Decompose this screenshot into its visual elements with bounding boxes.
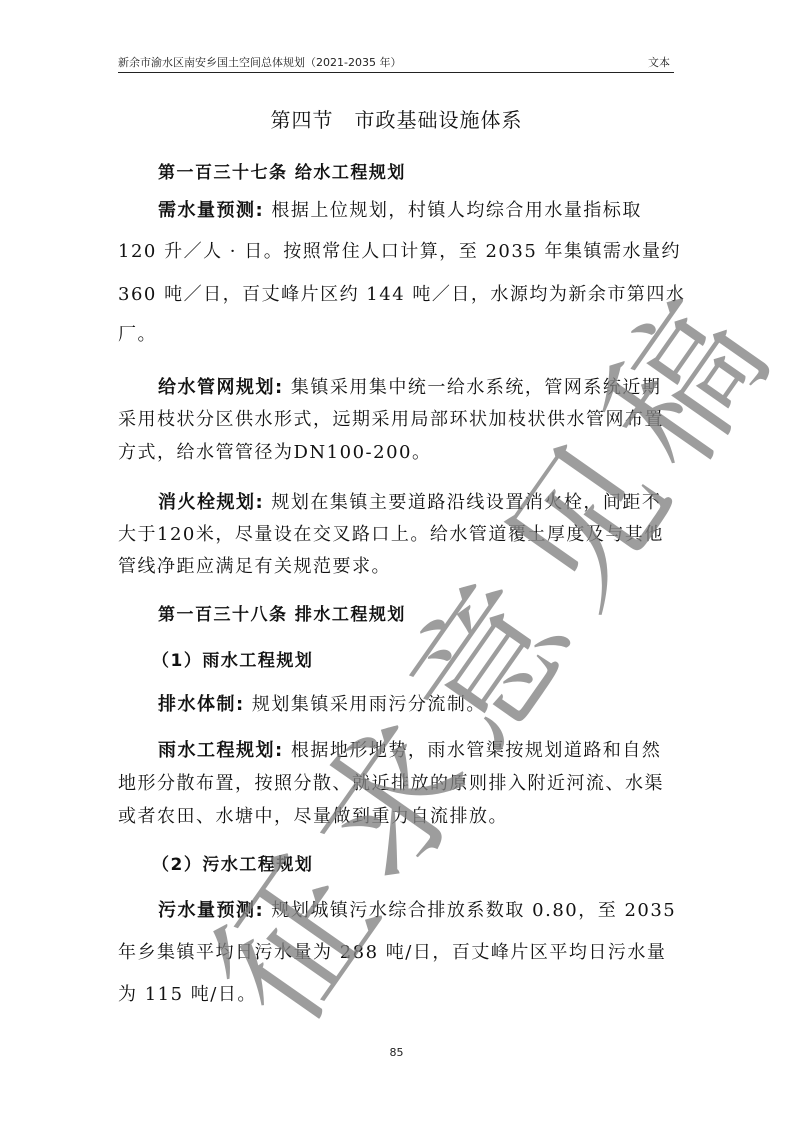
article-138-title: 第一百三十八条 排水工程规划: [158, 600, 714, 625]
sewage-line: 年乡集镇平均日污水量为 288 吨/日，百丈峰片区平均日污水量: [118, 938, 674, 964]
sewage-subheading: （2）污水工程规划: [152, 850, 708, 875]
water-demand-line: 120 升／人 · 日。按照常住人口计算，至 2035 年集镇需水量约: [118, 237, 674, 263]
rainwater-label: 雨水工程规划:: [158, 740, 284, 761]
water-demand-label: 需水量预测:: [158, 200, 264, 221]
article-137-title: 第一百三十七条 给水工程规划: [158, 158, 714, 183]
water-demand-paragraph: 需水量预测: 根据上位规划，村镇人均综合用水量指标取: [158, 196, 714, 222]
rainwater-paragraph: 雨水工程规划: 根据地形地势，雨水管渠按规划道路和自然: [158, 736, 714, 762]
water-network-paragraph: 给水管网规划: 集镇采用集中统一给水系统，管网系统近期: [158, 373, 714, 399]
sewage-label: 污水量预测:: [158, 900, 264, 921]
drainage-system-label: 排水体制:: [158, 694, 245, 715]
sewage-paragraph: 污水量预测: 规划城镇污水综合排放系数取 0.80，至 2035: [158, 896, 714, 922]
rainwater-line: 地形分散布置，按照分散、就近排放的原则排入附近河流、水渠: [118, 769, 674, 795]
water-demand-line: 厂。: [118, 320, 674, 346]
water-demand-line: 360 吨／日，百丈峰片区约 144 吨／日，水源均为新余市第四水: [118, 280, 674, 306]
water-network-label: 给水管网规划:: [158, 377, 284, 398]
document-title: 新余市渝水区南安乡国土空间总体规划（2021-2035 年）: [118, 54, 401, 70]
document-type: 文本: [648, 54, 670, 70]
hydrant-line: 管线净距应满足有关规范要求。: [118, 552, 674, 578]
sewage-line: 为 115 吨/日。: [118, 980, 674, 1006]
rainwater-subheading: （1）雨水工程规划: [152, 646, 708, 671]
water-network-line: 采用枝状分区供水形式，远期采用局部环状加枝状供水管网布置: [118, 405, 674, 431]
rainwater-line: 或者农田、水塘中，尽量做到重力自流排放。: [118, 802, 674, 828]
hydrant-paragraph: 消火栓规划: 规划在集镇主要道路沿线设置消火栓，间距不: [158, 488, 714, 514]
page-number: 85: [0, 1046, 793, 1059]
page-header: 新余市渝水区南安乡国土空间总体规划（2021-2035 年） 文本: [118, 52, 674, 73]
hydrant-label: 消火栓规划:: [158, 492, 264, 513]
section-title: 第四节 市政基础设施体系: [0, 104, 793, 133]
hydrant-line: 大于120米，尽量设在交叉路口上。给水管道覆土厚度及与其他: [118, 520, 674, 546]
water-network-line: 方式，给水管管径为DN100-200。: [118, 438, 674, 464]
drainage-system-paragraph: 排水体制: 规划集镇采用雨污分流制。: [158, 690, 714, 716]
